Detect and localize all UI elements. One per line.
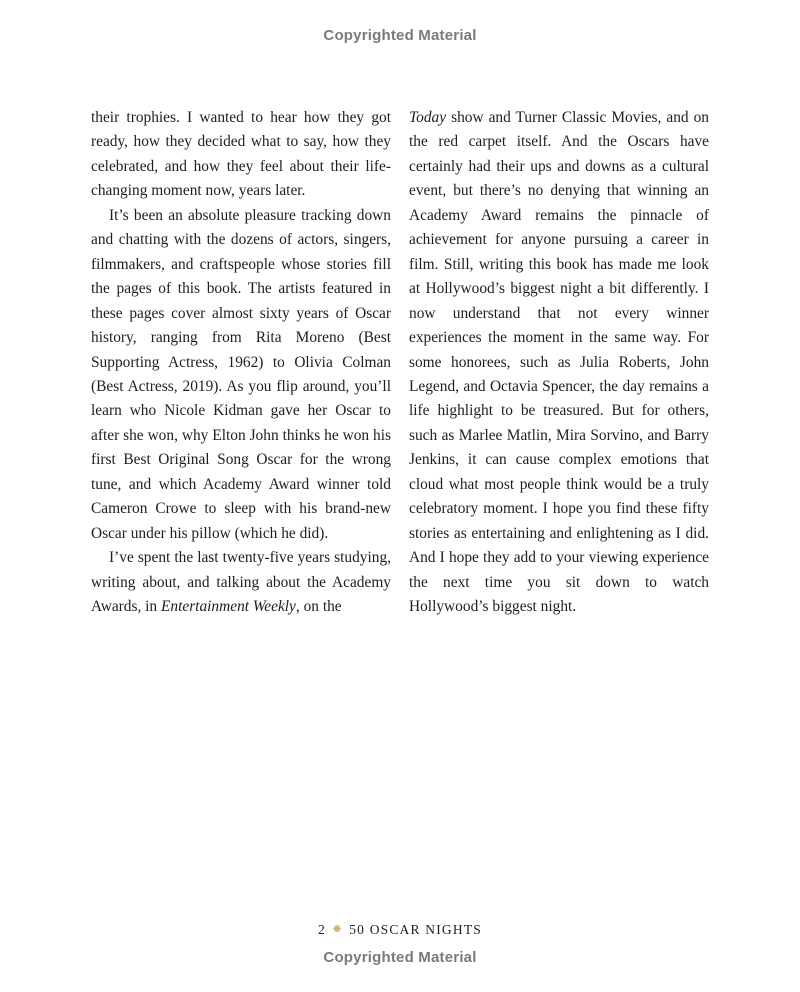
running-title: 50 OSCAR NIGHTS — [349, 922, 482, 937]
left-text-column: their trophies. I wanted to hear how the… — [91, 106, 391, 620]
page-footer: 2✸50 OSCAR NIGHTS — [0, 922, 800, 938]
right-text-column: Today show and Turner Classic Movies, an… — [409, 106, 709, 620]
paragraph-text: show and Turner Classic Movies, and on t… — [409, 109, 709, 615]
page-number: 2 — [318, 922, 326, 937]
star-icon: ✸ — [332, 922, 343, 937]
copyright-watermark-bottom: Copyrighted Material — [0, 949, 800, 966]
show-title: Today — [409, 109, 446, 126]
paragraph: Today show and Turner Classic Movies, an… — [409, 106, 709, 620]
paragraph: their trophies. I wanted to hear how the… — [91, 106, 391, 204]
paragraph: It’s been an absolute pleasure tracking … — [91, 204, 391, 546]
copyright-watermark-top: Copyrighted Material — [0, 27, 800, 44]
publication-title: Entertainment Weekly — [161, 598, 296, 615]
paragraph: I’ve spent the last twenty-five years st… — [91, 546, 391, 619]
paragraph-text: , on the — [296, 598, 342, 615]
